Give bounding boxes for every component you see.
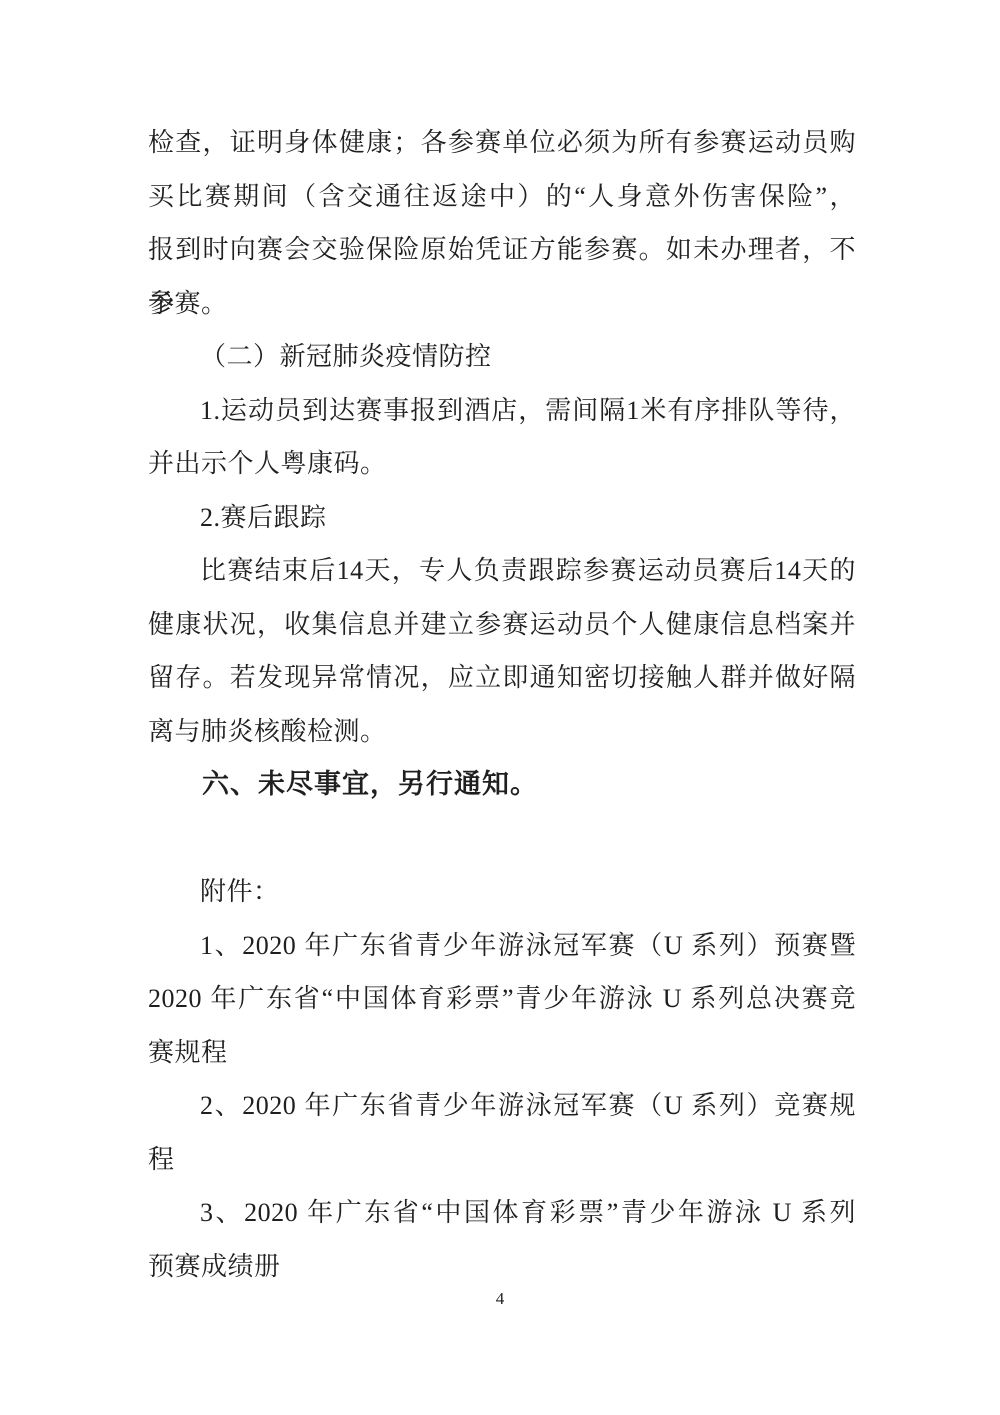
body-text-line: 并出示个人粤康码。	[148, 437, 856, 491]
page-number: 4	[0, 1288, 1000, 1310]
attachment-item-line: 2、2020 年广东省青少年游泳冠军赛（U 系列）竞赛规	[148, 1079, 856, 1133]
attachment-label-line: 附件：	[148, 865, 856, 919]
document-page: 检查，证明身体健康；各参赛单位必须为所有参赛运动员购 买比赛期间（含交通往返途中…	[0, 0, 1000, 1415]
attachment-item-line: 程	[148, 1133, 856, 1187]
attachment-item-line: 1、2020 年广东省青少年游泳冠军赛（U 系列）预赛暨	[148, 919, 856, 973]
attachment-item-line: 赛规程	[148, 1026, 856, 1080]
attachment-item-line: 2020 年广东省“中国体育彩票”青少年游泳 U 系列总决赛竞	[148, 972, 856, 1026]
body-text-line: 健康状况，收集信息并建立参赛运动员个人健康信息档案并	[148, 598, 856, 652]
body-text-line: 比赛结束后14天，专人负责跟踪参赛运动员赛后14天的	[148, 544, 856, 598]
body-text-line: 参赛。	[148, 277, 856, 331]
attachment-item-line: 预赛成绩册	[148, 1240, 856, 1294]
bold-heading-line: 六、未尽事宜，另行通知。	[148, 758, 856, 812]
body-text-line: 买比赛期间（含交通往返途中）的“人身意外伤害保险”，	[148, 170, 856, 224]
attachment-item-line: 3、2020 年广东省“中国体育彩票”青少年游泳 U 系列	[148, 1186, 856, 1240]
subsection-heading-line: 2.赛后跟踪	[148, 491, 856, 545]
blank-line	[148, 812, 856, 866]
body-text-line: 报到时向赛会交验保险原始凭证方能参赛。如未办理者，不予	[148, 223, 856, 277]
body-text-line: 1.运动员到达赛事报到酒店，需间隔1米有序排队等待，	[148, 384, 856, 438]
body-text-line: 离与肺炎核酸检测。	[148, 705, 856, 759]
body-text-line: 留存。若发现异常情况，应立即通知密切接触人群并做好隔	[148, 651, 856, 705]
page-body: 检查，证明身体健康；各参赛单位必须为所有参赛运动员购 买比赛期间（含交通往返途中…	[148, 116, 856, 1293]
section-heading-line: （二）新冠肺炎疫情防控	[148, 330, 856, 384]
body-text-line: 检查，证明身体健康；各参赛单位必须为所有参赛运动员购	[148, 116, 856, 170]
